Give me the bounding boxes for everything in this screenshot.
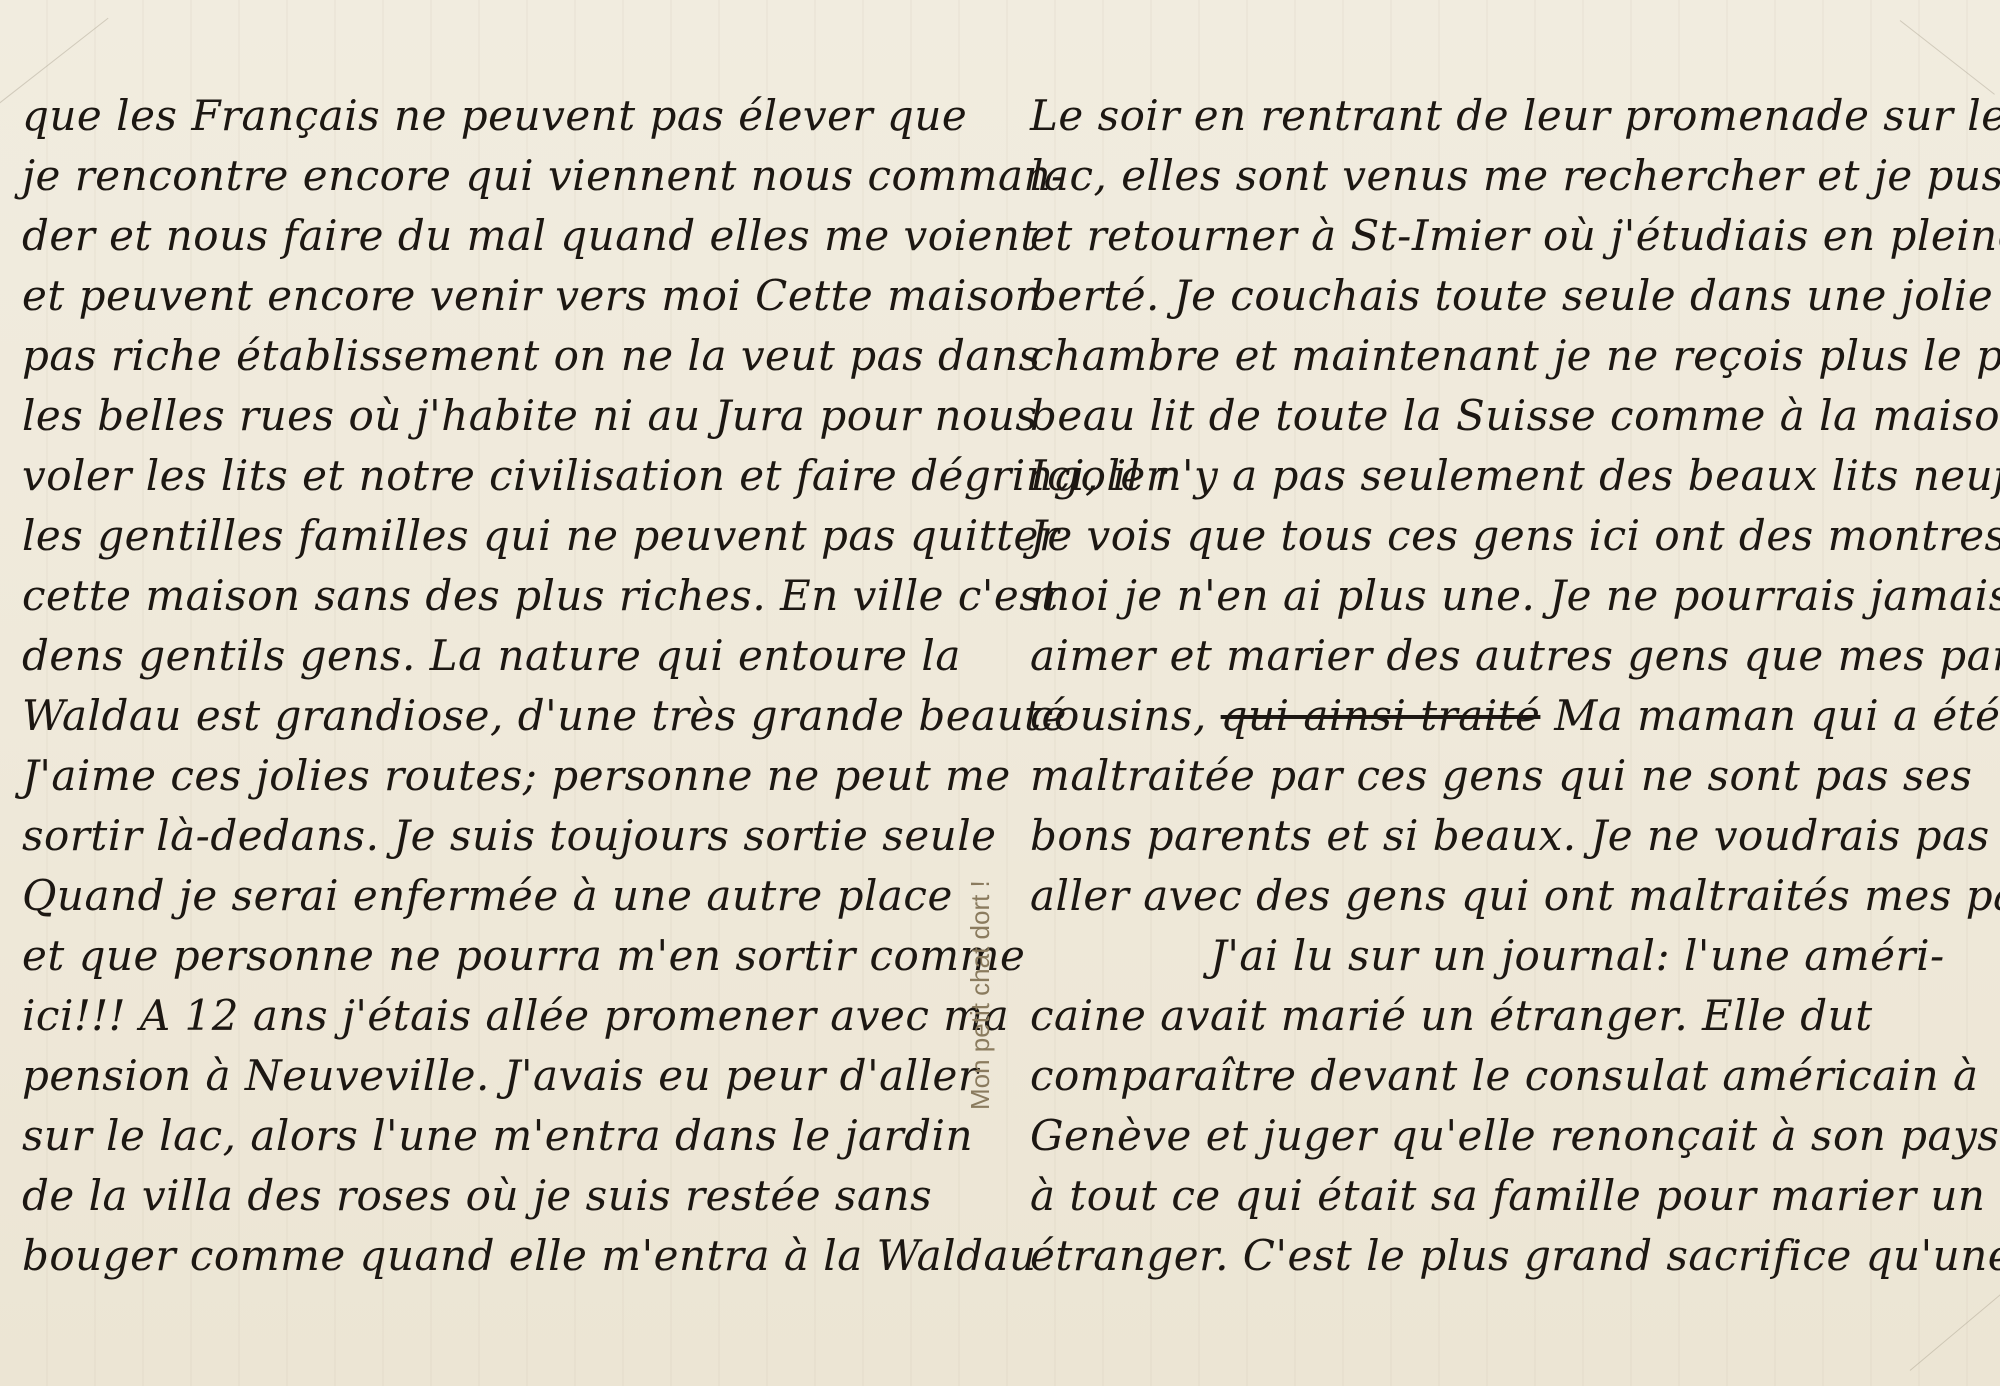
text-line: et que personne ne pourra m'en sortir co… [22,926,982,986]
text-line: bouger comme quand elle m'entra à la Wal… [22,1226,982,1286]
text-line: pension à Neuveville. J'avais eu peur d'… [22,1046,982,1106]
text-line: moi je n'en ai plus une. Je ne pourrais … [1030,566,1990,626]
text-line: sortir là-dedans. Je suis toujours sorti… [22,806,982,866]
text-line: Quand je serai enfermée à une autre plac… [22,866,982,926]
text-line: lac, elles sont venus me rechercher et j… [1030,146,1990,206]
text-line: beau lit de toute la Suisse comme à la m… [1030,386,1990,446]
text-fragment: cousins, [1030,691,1221,740]
struck-text: qui ainsi traité [1221,691,1541,740]
manuscript-page: que les Français ne peuvent pas élever q… [0,0,2000,1386]
text-line: Ici, il n'y a pas seulement des beaux li… [1030,446,1990,506]
pencil-margin-note: Mon petit chat dort ! [965,880,996,1110]
text-line: et peuvent encore venir vers moi Cette m… [22,266,982,326]
text-line: cette maison sans des plus riches. En vi… [22,566,982,626]
text-line: à tout ce qui était sa famille pour mari… [1030,1166,1990,1226]
text-line: comparaître devant le consulat américain… [1030,1046,1990,1106]
text-line: caine avait marié un étranger. Elle dut [1030,986,1990,1046]
text-line: maltraitée par ces gens qui ne sont pas … [1030,746,1990,806]
text-line: les gentilles familles qui ne peuvent pa… [22,506,982,566]
corner-fold-bottom-right [1910,1287,2000,1371]
left-page-text: que les Français ne peuvent pas élever q… [22,86,982,1286]
text-line: voler les lits et notre civilisation et … [22,446,982,506]
text-line: pas riche établissement on ne la veut pa… [22,326,982,386]
text-line: chambre et maintenant je ne reçois plus … [1030,326,1990,386]
text-line: bons parents et si beaux. Je ne voudrais… [1030,806,1990,866]
text-line: je rencontre encore qui viennent nous co… [22,146,982,206]
text-line: sur le lac, alors l'une m'entra dans le … [22,1106,982,1166]
text-line: Genève et juger qu'elle renonçait à son … [1030,1106,1990,1166]
text-line-indented: J'ai lu sur un journal: l'une améri- [1030,926,1990,986]
text-line: et retourner à St-Imier où j'étudiais en… [1030,206,1990,266]
text-line: étranger. C'est le plus grand sacrifice … [1030,1226,1990,1286]
text-line-with-strikethrough: cousins, qui ainsi traité Ma maman qui a… [1030,686,1990,746]
text-line: que les Français ne peuvent pas élever q… [22,86,982,146]
text-line: aimer et marier des autres gens que mes … [1030,626,1990,686]
text-line: dens gentils gens. La nature qui entoure… [22,626,982,686]
text-line: Le soir en rentrant de leur promenade su… [1030,86,1990,146]
right-page-text: Le soir en rentrant de leur promenade su… [1030,86,1990,1286]
text-line: Waldau est grandiose, d'une très grande … [22,686,982,746]
text-fragment: Ma maman qui a été [1540,691,2000,740]
text-line: Je vois que tous ces gens ici ont des mo… [1030,506,1990,566]
text-line: J'aime ces jolies routes; personne ne pe… [22,746,982,806]
text-line: de la villa des roses où je suis restée … [22,1166,982,1226]
text-line: les belles rues où j'habite ni au Jura p… [22,386,982,446]
text-line: der et nous faire du mal quand elles me … [22,206,982,266]
text-line: aller avec des gens qui ont maltraités m… [1030,866,1990,926]
text-line: berté. Je couchais toute seule dans une … [1030,266,1990,326]
corner-fold-top-right [1900,20,1995,95]
text-line: ici!!! A 12 ans j'étais allée promener a… [22,986,982,1046]
